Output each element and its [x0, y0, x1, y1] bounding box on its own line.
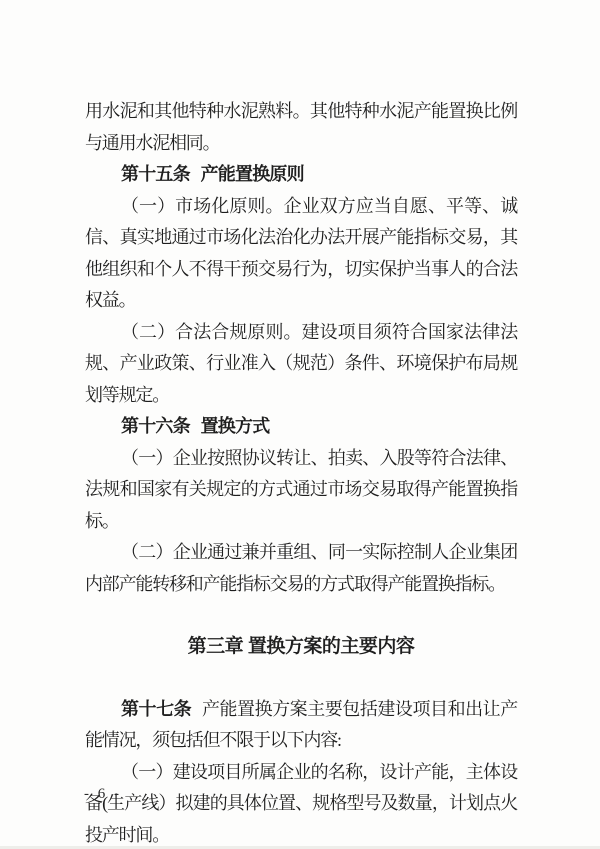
article-15-heading: 第十五条产能置换原则 [85, 159, 517, 191]
article-15-title: 产能置换原则 [201, 164, 304, 184]
article-16-number: 第十六条 [121, 416, 190, 436]
article-16-item-1: （一）企业按照协议转让、拍卖、入股等符合法律、法规和国家有关规定的方式通过市场交… [85, 443, 517, 538]
article-16-item-2: （二）企业通过兼并重组、同一实际控制人企业集团内部产能转移和产能指标交易的方式取… [85, 537, 517, 600]
article-16-title: 置换方式 [201, 416, 270, 436]
paragraph-continuation: 用水泥和其他特种水泥熟料。其他特种水泥产能置换比例与通用水泥相同。 [85, 96, 517, 159]
article-15-item-2: （二）合法合规原则。建设项目须符合国家法律法规、产业政策、行业准入（规范）条件、… [85, 317, 517, 412]
article-15-item-1: （一）市场化原则。企业双方应当自愿、平等、诚信、真实地通过市场化法治化办法开展产… [85, 191, 517, 317]
document-page: 用水泥和其他特种水泥熟料。其他特种水泥产能置换比例与通用水泥相同。 第十五条产能… [0, 0, 600, 849]
document-body: 用水泥和其他特种水泥熟料。其他特种水泥产能置换比例与通用水泥相同。 第十五条产能… [85, 96, 517, 849]
article-17-number: 第十七条 [121, 699, 191, 719]
chapter-3-heading: 第三章 置换方案的主要内容 [85, 631, 517, 663]
article-15-number: 第十五条 [121, 164, 190, 184]
article-17-paragraph: 第十七条产能置换方案主要包括建设项目和出让产能情况，须包括但不限于以下内容: [85, 694, 517, 757]
article-16-heading: 第十六条置换方式 [85, 411, 517, 443]
article-17-item-1: （一）建设项目所属企业的名称，设计产能，主体设备(生产线）拟建的具体位置、规格型… [85, 757, 517, 849]
page-number: - 6 - [84, 786, 122, 803]
